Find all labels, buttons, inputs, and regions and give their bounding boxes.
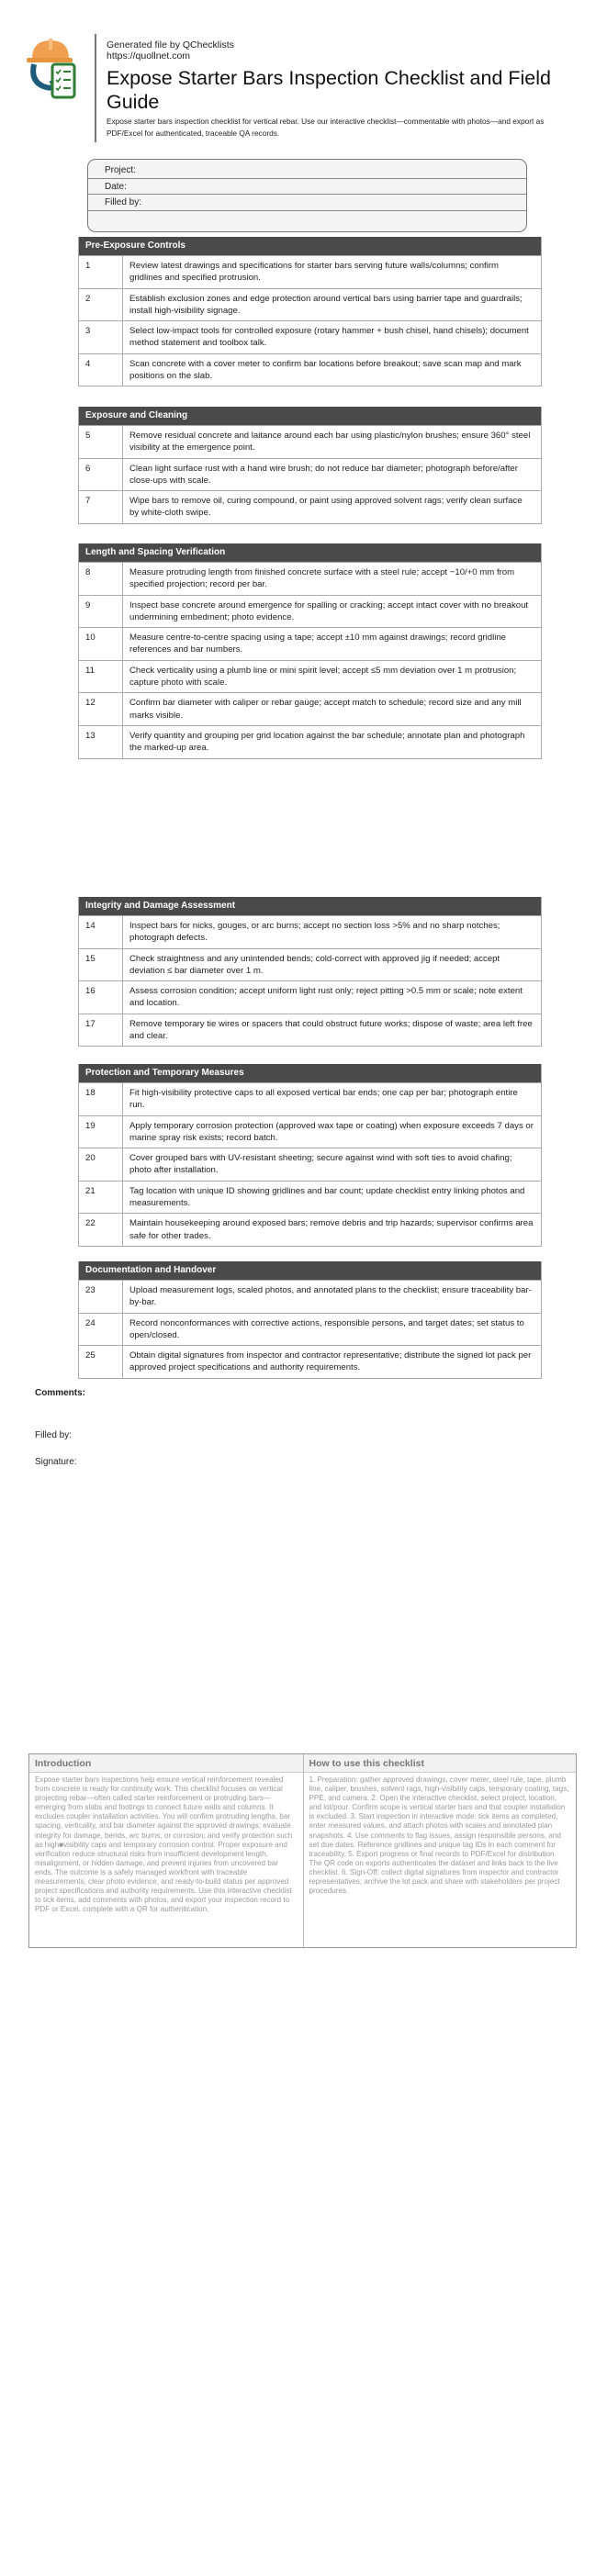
- item-text: Fit high-visibility protective caps to a…: [123, 1083, 541, 1115]
- item-number: 15: [79, 949, 123, 981]
- item-text: Inspect bars for nicks, gouges, or arc b…: [123, 916, 541, 948]
- item-number: 19: [79, 1116, 123, 1148]
- hardhat-checklist-logo-icon: [25, 37, 78, 101]
- item-text: Apply temporary corrosion protection (ap…: [123, 1116, 541, 1148]
- checklist-row[interactable]: 7Wipe bars to remove oil, curing compoun…: [79, 490, 541, 523]
- item-number: 9: [79, 596, 123, 628]
- section-title: Length and Spacing Verification: [79, 543, 541, 562]
- section-title: Pre-Exposure Controls: [79, 237, 541, 255]
- how-to-body: 1. Preparation: gather approved drawings…: [304, 1773, 577, 1896]
- item-number: 25: [79, 1346, 123, 1378]
- page-title: Expose Starter Bars Inspection Checklist…: [107, 66, 584, 114]
- checklist-row[interactable]: 4Scan concrete with a cover meter to con…: [79, 353, 541, 386]
- section-title: Exposure and Cleaning: [79, 407, 541, 425]
- section-integrity-and-damage-assessment: Integrity and Damage Assessment 14Inspec…: [78, 897, 542, 1047]
- checklist-row[interactable]: 11Check verticality using a plumb line o…: [79, 660, 541, 693]
- project-info-box: Project: Date: Filled by:: [87, 159, 527, 232]
- item-text: Measure protruding length from finished …: [123, 563, 541, 595]
- checklist-row[interactable]: 9Inspect base concrete around emergence …: [79, 595, 541, 628]
- filled-by-field[interactable]: Filled by:: [88, 195, 526, 211]
- item-text: Tag location with unique ID showing grid…: [123, 1182, 541, 1214]
- item-text: Clean light surface rust with a hand wir…: [123, 459, 541, 491]
- checklist-row[interactable]: 13Verify quantity and grouping per grid …: [79, 725, 541, 758]
- item-number: 8: [79, 563, 123, 595]
- item-text: Remove residual concrete and laitance ar…: [123, 426, 541, 458]
- item-number: 14: [79, 916, 123, 948]
- checklist-row[interactable]: 15Check straightness and any unintended …: [79, 948, 541, 981]
- item-text: Measure centre-to-centre spacing using a…: [123, 628, 541, 660]
- header-divider: [95, 34, 96, 142]
- item-number: 3: [79, 321, 123, 353]
- item-text: Upload measurement logs, scaled photos, …: [123, 1281, 541, 1313]
- item-text: Cover grouped bars with UV-resistant she…: [123, 1148, 541, 1181]
- item-text: Establish exclusion zones and edge prote…: [123, 289, 541, 321]
- checklist-row[interactable]: 23Upload measurement logs, scaled photos…: [79, 1280, 541, 1313]
- item-number: 5: [79, 426, 123, 458]
- item-text: Review latest drawings and specification…: [123, 256, 541, 288]
- checklist-row[interactable]: 12Confirm bar diameter with caliper or r…: [79, 692, 541, 725]
- item-text: Check straightness and any unintended be…: [123, 949, 541, 981]
- document-header: Generated file by QChecklists https://qu…: [0, 0, 607, 147]
- item-number: 10: [79, 628, 123, 660]
- date-field[interactable]: Date:: [88, 179, 526, 196]
- checklist-row[interactable]: 21Tag location with unique ID showing gr…: [79, 1181, 541, 1214]
- item-text: Inspect base concrete around emergence f…: [123, 596, 541, 628]
- checklist-row[interactable]: 20Cover grouped bars with UV-resistant s…: [79, 1148, 541, 1181]
- item-number: 11: [79, 661, 123, 693]
- item-number: 17: [79, 1014, 123, 1047]
- item-text: Scan concrete with a cover meter to conf…: [123, 354, 541, 386]
- introduction-panel: Introduction Expose starter bars inspect…: [29, 1754, 303, 1947]
- how-to-title: How to use this checklist: [304, 1754, 577, 1773]
- item-number: 6: [79, 459, 123, 491]
- item-number: 12: [79, 693, 123, 725]
- checklist-row[interactable]: 18Fit high-visibility protective caps to…: [79, 1082, 541, 1115]
- item-text: Record nonconformances with corrective a…: [123, 1314, 541, 1346]
- item-text: Check verticality using a plumb line or …: [123, 661, 541, 693]
- checklist-row[interactable]: 19Apply temporary corrosion protection (…: [79, 1115, 541, 1148]
- page-subtitle: Expose starter bars inspection checklist…: [107, 116, 566, 140]
- section-pre-exposure-controls: Pre-Exposure Controls 1Review latest dra…: [78, 237, 542, 386]
- item-number: 21: [79, 1182, 123, 1214]
- item-number: 20: [79, 1148, 123, 1181]
- checklist-row[interactable]: 10Measure centre-to-centre spacing using…: [79, 627, 541, 660]
- item-text: Maintain housekeeping around exposed bar…: [123, 1214, 541, 1246]
- project-field[interactable]: Project:: [88, 162, 526, 179]
- signature-label: Signature:: [35, 1457, 77, 1467]
- item-text: Assess corrosion condition; accept unifo…: [123, 981, 541, 1014]
- checklist-row[interactable]: 17Remove temporary tie wires or spacers …: [79, 1014, 541, 1047]
- item-text: Obtain digital signatures from inspector…: [123, 1346, 541, 1378]
- checklist-row[interactable]: 16Assess corrosion condition; accept uni…: [79, 980, 541, 1014]
- item-number: 18: [79, 1083, 123, 1115]
- section-documentation-and-handover: Documentation and Handover 23Upload meas…: [78, 1261, 542, 1379]
- item-number: 16: [79, 981, 123, 1014]
- checklist-row[interactable]: 22Maintain housekeeping around exposed b…: [79, 1213, 541, 1246]
- section-protection-and-temporary-measures: Protection and Temporary Measures 18Fit …: [78, 1064, 542, 1247]
- section-exposure-and-cleaning: Exposure and Cleaning 5Remove residual c…: [78, 407, 542, 524]
- filled-by-label: Filled by:: [35, 1430, 72, 1440]
- item-number: 23: [79, 1281, 123, 1313]
- section-title: Documentation and Handover: [79, 1261, 541, 1280]
- checklist-row[interactable]: 5Remove residual concrete and laitance a…: [79, 425, 541, 458]
- item-number: 1: [79, 256, 123, 288]
- section-length-and-spacing-verification: Length and Spacing Verification 8Measure…: [78, 543, 542, 759]
- comments-label: Comments:: [35, 1388, 85, 1398]
- how-to-panel: How to use this checklist 1. Preparation…: [303, 1754, 577, 1947]
- item-text: Select low-impact tools for controlled e…: [123, 321, 541, 353]
- item-number: 4: [79, 354, 123, 386]
- checklist-row[interactable]: 8Measure protruding length from finished…: [79, 562, 541, 595]
- item-text: Remove temporary tie wires or spacers th…: [123, 1014, 541, 1047]
- item-number: 7: [79, 491, 123, 523]
- introduction-title: Introduction: [29, 1754, 303, 1773]
- checklist-row[interactable]: 24Record nonconformances with corrective…: [79, 1313, 541, 1346]
- item-text: Verify quantity and grouping per grid lo…: [123, 726, 541, 758]
- checklist-row[interactable]: 25Obtain digital signatures from inspect…: [79, 1345, 541, 1378]
- item-number: 13: [79, 726, 123, 758]
- guide-panel: Introduction Expose starter bars inspect…: [28, 1753, 577, 1948]
- blank-field[interactable]: [88, 211, 526, 228]
- section-title: Integrity and Damage Assessment: [79, 897, 541, 915]
- checklist-row[interactable]: 3Select low-impact tools for controlled …: [79, 320, 541, 353]
- item-number: 2: [79, 289, 123, 321]
- item-number: 24: [79, 1314, 123, 1346]
- checklist-row[interactable]: 1Review latest drawings and specificatio…: [79, 255, 541, 288]
- item-text: Wipe bars to remove oil, curing compound…: [123, 491, 541, 523]
- item-number: 22: [79, 1214, 123, 1246]
- checklist-row[interactable]: 6Clean light surface rust with a hand wi…: [79, 458, 541, 491]
- introduction-body: Expose starter bars inspections help ens…: [29, 1773, 303, 1914]
- checklist-row[interactable]: 2Establish exclusion zones and edge prot…: [79, 288, 541, 321]
- source-url-link[interactable]: https://quollnet.com: [107, 50, 190, 62]
- item-text: Confirm bar diameter with caliper or reb…: [123, 693, 541, 725]
- checklist-row[interactable]: 14Inspect bars for nicks, gouges, or arc…: [79, 915, 541, 948]
- section-title: Protection and Temporary Measures: [79, 1064, 541, 1082]
